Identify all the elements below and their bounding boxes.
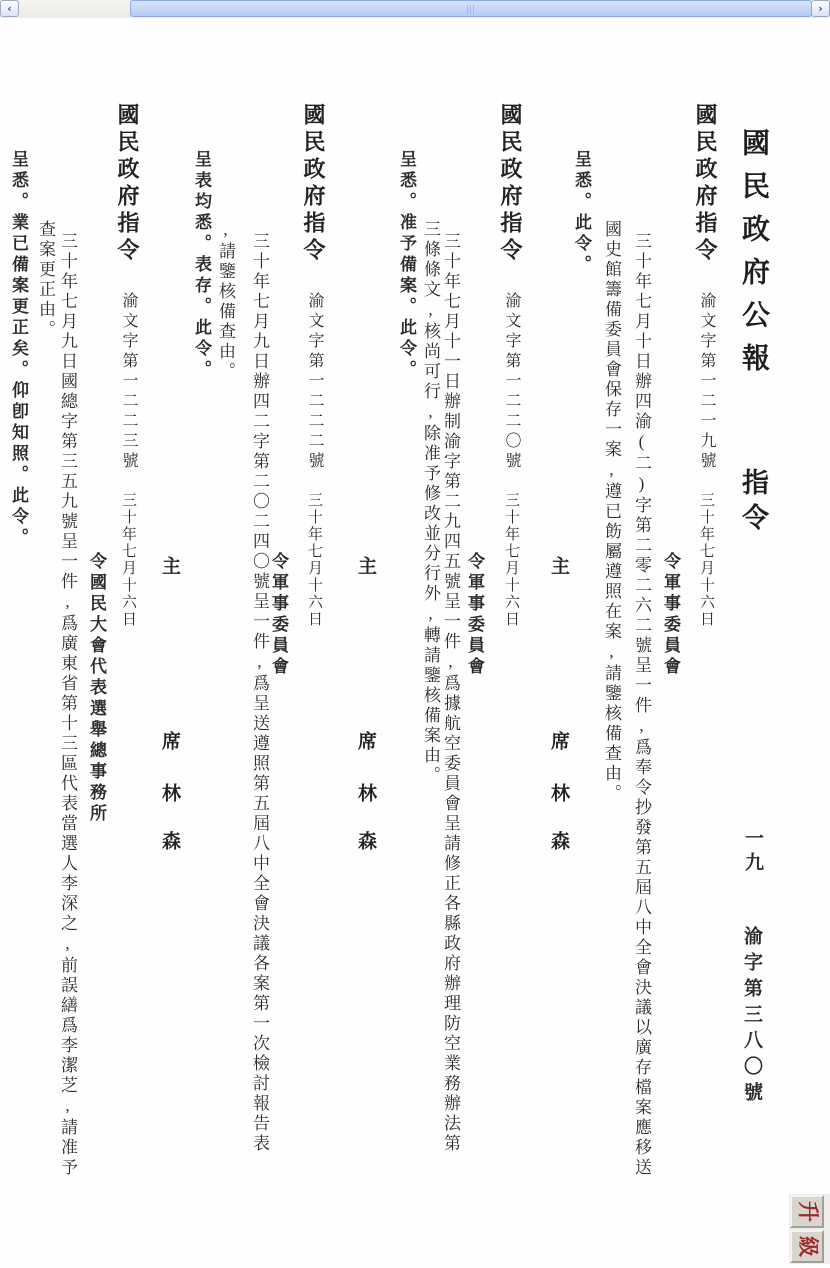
gazette-category: 指令 (734, 468, 773, 538)
gazette-masthead: 國民政府公報 (733, 128, 773, 386)
section-1-date: 三十年七月十六日 (696, 492, 717, 628)
scrollbar-thumb[interactable] (130, 0, 812, 17)
upgrade-top-button-label: 升 (797, 1201, 818, 1222)
section-3-reply: 呈表均悉。表存。此令。 (189, 150, 214, 381)
scrollbar-thumb-grip (467, 5, 475, 14)
section-1-body-line-2: 國史館籌備委員會保存一案,遵已飭屬遵照在案,請鑒核備查由。 (599, 220, 624, 804)
section-2-body-line-2: 三條條文,核尚可行,除准予修改並分行外,轉請鑒核備案由。 (418, 220, 443, 786)
section-2-doc-number: 渝文字第一二二〇號 (500, 292, 523, 472)
section-1-signer-name: 林森 (545, 783, 572, 879)
horizontal-scrollbar[interactable]: ‹ › (0, 0, 830, 18)
upgrade-bottom-button[interactable]: 級 (790, 1230, 824, 1263)
section-4-body-line-2: 查案更正由。 (33, 220, 58, 340)
section-1-doc-number: 渝文字第一二一九號 (695, 292, 718, 472)
section-1-reply: 呈悉。此令。 (569, 150, 594, 276)
section-2-reply: 呈悉。准予備案。此令。 (394, 150, 419, 381)
section-4-title: 國民政府指令 (112, 103, 143, 265)
section-1-addressee: 令軍事委員會 (658, 552, 683, 678)
scroll-left-arrow-icon[interactable]: ‹ (0, 0, 19, 17)
section-2-signer-name: 林森 (352, 783, 379, 879)
section-4-addressee: 令國民大會代表選舉總事務所 (84, 552, 109, 825)
section-2-addressee: 令軍事委員會 (462, 552, 487, 678)
section-4-reply: 呈悉。業已備案更正矣。仰卽知照。此令。 (6, 150, 31, 549)
upgrade-top-button[interactable]: 升 (790, 1195, 824, 1228)
section-4-doc-number: 渝文字第一二二三號 (117, 292, 140, 472)
page-number: 一九 (739, 828, 766, 876)
section-1-body-line-1: 三十年七月十日辦四渝(二)字第二零二六二號呈一件,爲奉令抄發第五屆八中全會決議以… (629, 232, 654, 1178)
gazette-scan-page: { "scrollbar": { "left_arrow": "‹", "rig… (0, 0, 830, 1268)
section-3-signer-name: 林森 (156, 783, 183, 879)
section-1-title: 國民政府指令 (690, 103, 721, 265)
issue-number: 渝字第三八〇號 (738, 926, 765, 1108)
section-4-body-line-1: 三十年七月九日國總字第三五九號呈一件,爲廣東省第十三區代表當選人李深之,前誤繕爲… (55, 232, 80, 1178)
section-4-date: 三十年七月十六日 (118, 492, 139, 628)
section-3-title: 國民政府指令 (298, 103, 329, 265)
section-2-date: 三十年七月十六日 (501, 492, 522, 628)
section-3-body-line-2: ,請鑒核備查由。 (213, 220, 238, 382)
section-3-date: 三十年七月十六日 (304, 492, 325, 628)
upgrade-bottom-button-label: 級 (797, 1236, 818, 1257)
section-3-doc-number: 渝文字第一二二二號 (303, 292, 326, 472)
section-3-body-line-1: 三十年七月九日辦四二字第二〇二四〇號呈一件,爲呈送遵照第五屆八中全會決議各案第一… (247, 232, 272, 1154)
section-2-title: 國民政府指令 (495, 103, 526, 265)
corner-button-group: 升 級 (789, 1194, 830, 1264)
scroll-right-arrow-icon[interactable]: › (811, 0, 830, 17)
